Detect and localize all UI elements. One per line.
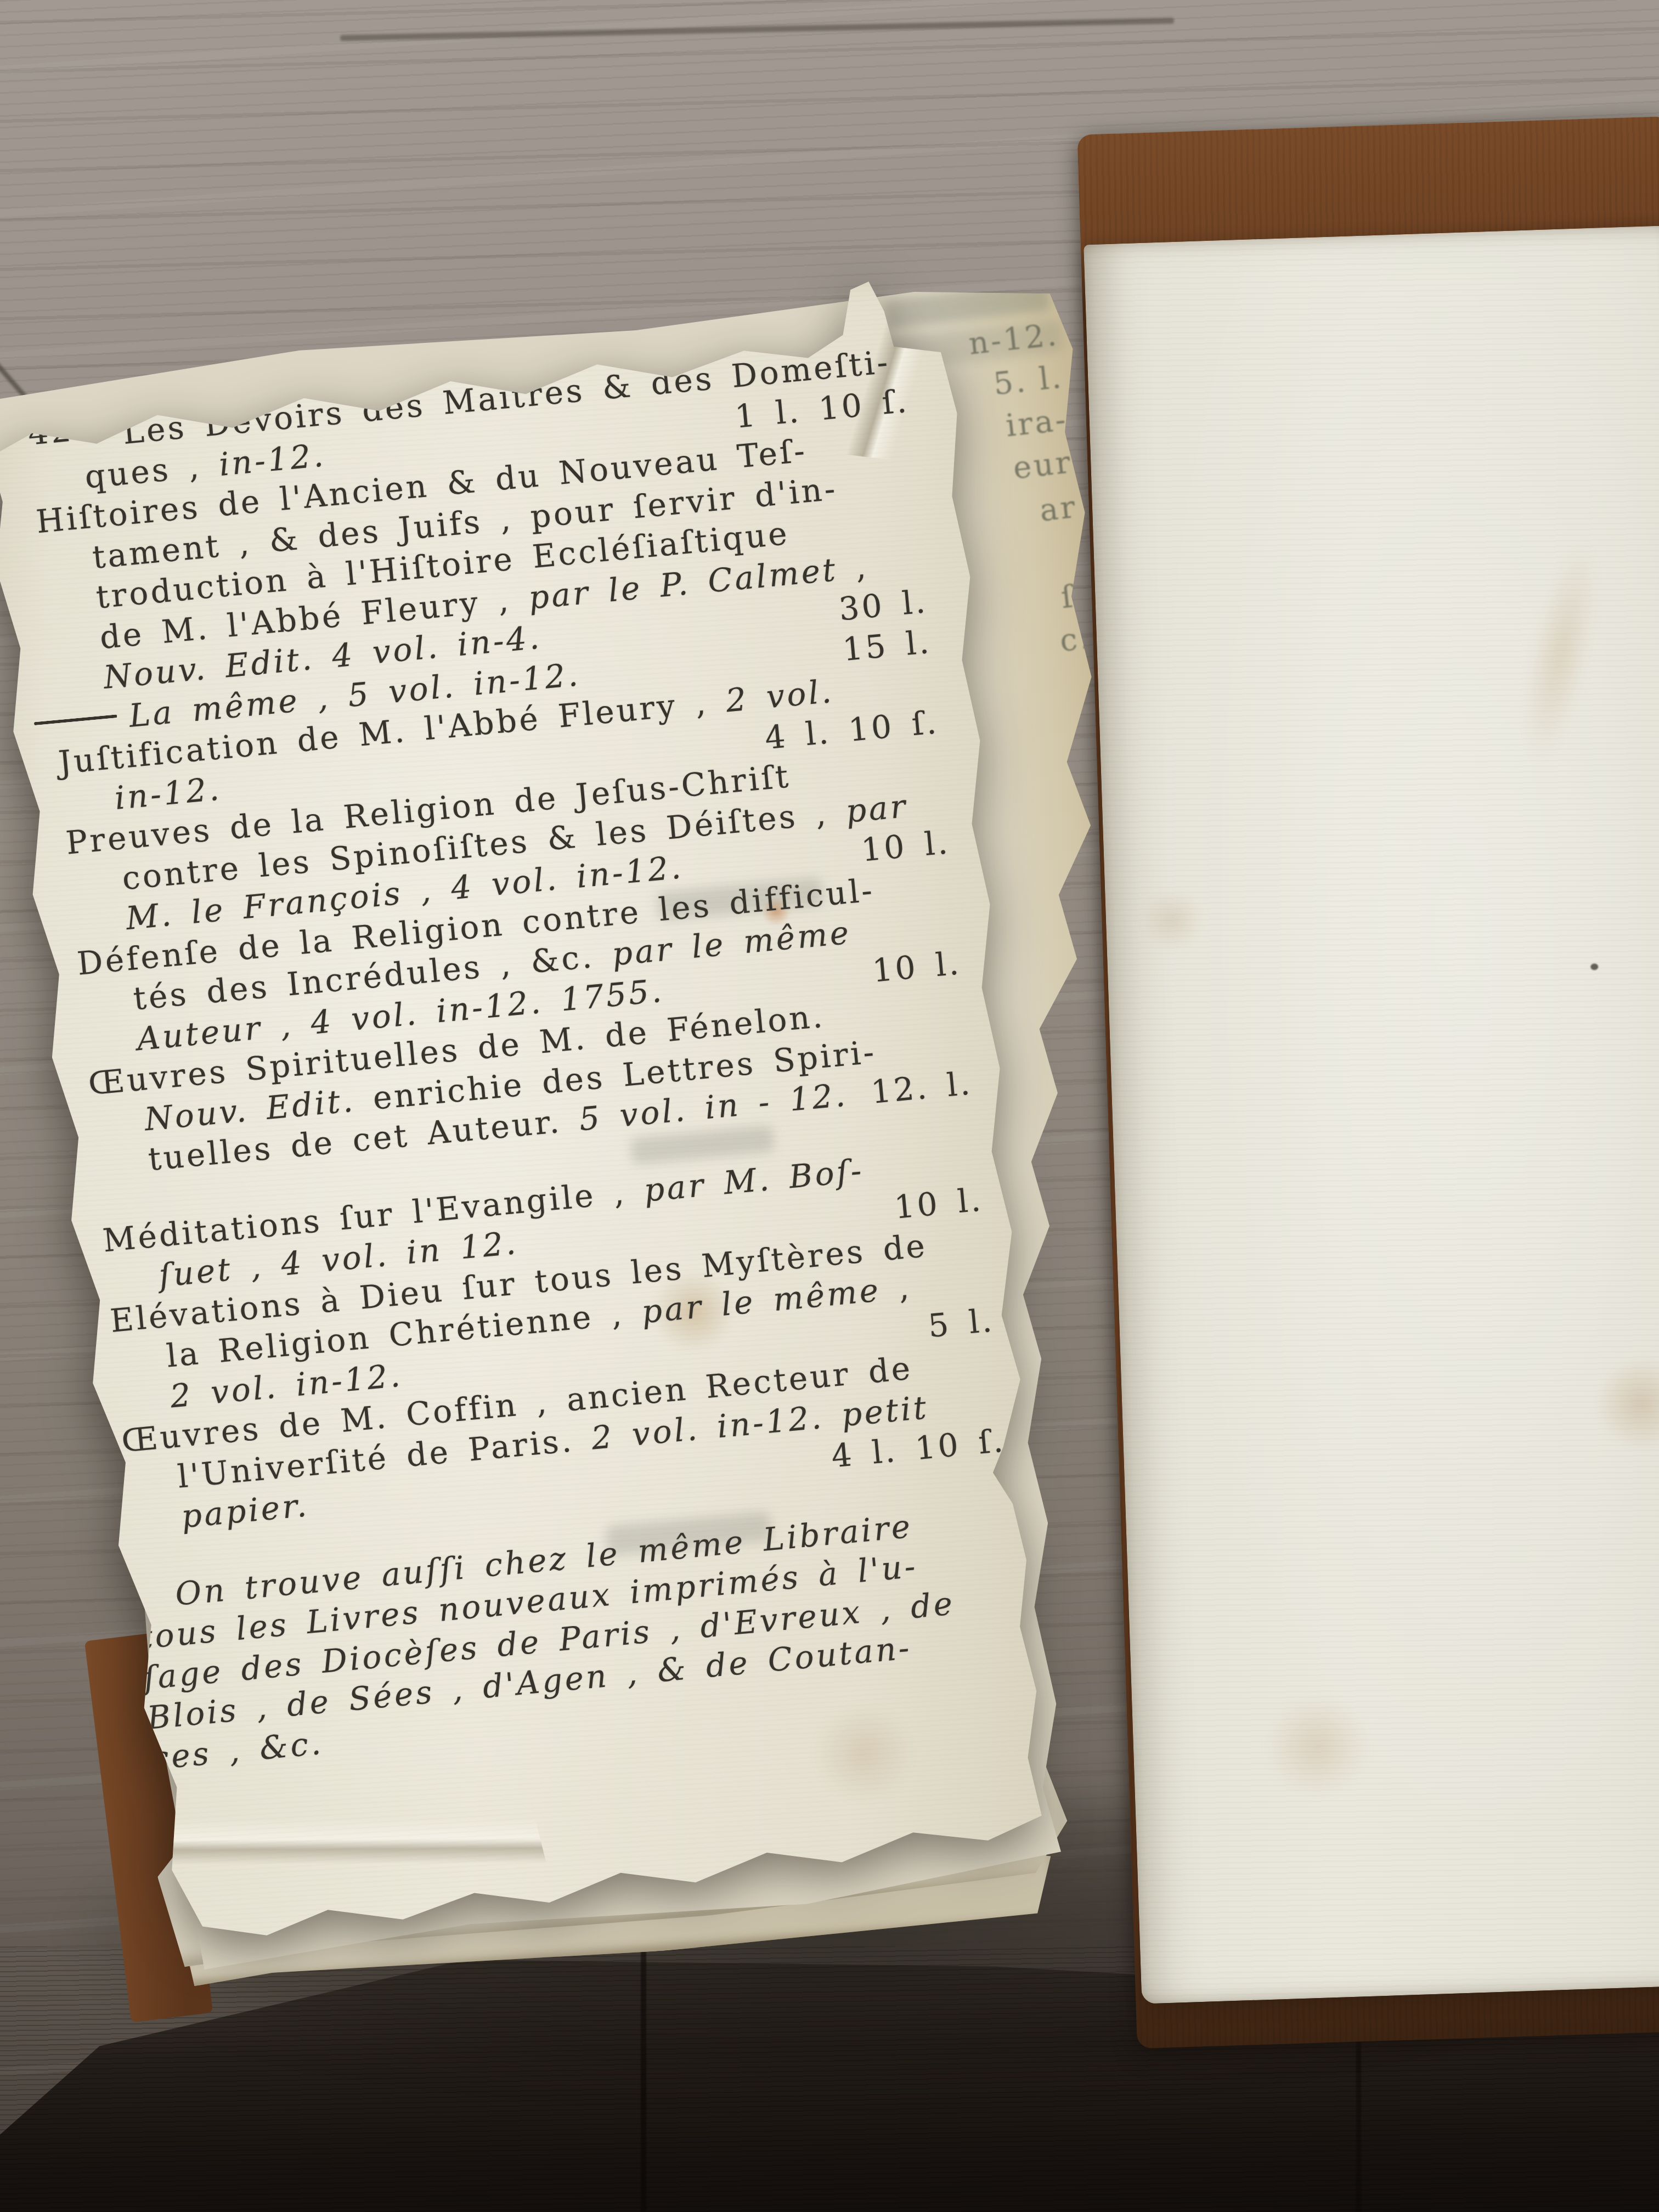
catalog-line: Œuvres Spirituelles de M. de Fénelon.	[87, 983, 967, 1104]
text-segment: in-12.	[217, 436, 327, 483]
text-segment: Œuvres Spirituelles de M. de Fénelon.	[87, 997, 826, 1103]
speck	[1590, 963, 1598, 970]
line-text: tuelles de cet Auteur. 5 vol. in - 12.	[146, 1076, 849, 1178]
text-segment: papier.	[180, 1486, 311, 1535]
price: 12. l.	[870, 1063, 974, 1113]
text-segment: ſage des Diocèſes de Paris , d'Evreux , …	[142, 1584, 956, 1697]
catalog-line: tament , & des Juifs , pour ſervir d'in-	[38, 461, 918, 582]
price: 30 l.	[837, 582, 929, 630]
show-through-smudge	[606, 1511, 772, 1556]
catalog-line: de M. l'Abbé Fleury , par le P. Calmet ,	[46, 541, 926, 663]
catalog-line: Défenſe de la Religion contre les diffic…	[75, 862, 955, 984]
text-segment: Méditations ſur l'Evangile ,	[101, 1172, 646, 1259]
line-text: contre les Spinoſiſtes & les Déiſtes , p…	[121, 787, 910, 897]
catalog-line: tous les Livres nouveaux imprimés à l'u-	[138, 1537, 1018, 1658]
text-segment: in-12.	[113, 770, 223, 817]
text-segment: par	[844, 787, 910, 830]
text-segment: 2 vol.	[724, 672, 835, 719]
catalog-page: 420Les Devoirs des Maîtres & des Domeſti…	[0, 262, 1141, 1993]
catalog-line: ces , &c.	[149, 1657, 1029, 1779]
catalog-line: Œuvres de M. Coffin , ancien Recteur de	[120, 1340, 1000, 1462]
catalog-line: Hiſtoires de l'Ancien & du Nouveau Teſ-	[35, 421, 915, 542]
text-segment: 5 vol. in - 12.	[578, 1076, 849, 1138]
stain	[759, 896, 792, 927]
catalog-line: tuelles de cet Auteur. 5 vol. in - 12. 1…	[94, 1063, 974, 1184]
price: 4 l. 10 ſ.	[763, 702, 940, 759]
catalog-line: Nouv. Edit. enrichie des Lettres Spiri-	[91, 1023, 970, 1144]
catalog-line: On trouve auſſi chez le même Libraire	[134, 1497, 1014, 1618]
line-text: Œuvres de M. Coffin , ancien Recteur de	[120, 1349, 914, 1459]
catalog-line: La même , 5 vol. in-12. 15 l.	[53, 622, 933, 743]
text-segment: 2 vol. in-12.	[168, 1356, 404, 1415]
text-segment: ,	[836, 548, 870, 588]
line-text: Œuvres Spirituelles de M. de Fénelon.	[87, 997, 826, 1103]
catalog-line: ſuet , 4 vol. in 12. 10 l.	[105, 1180, 985, 1301]
text-segment: troduction à l'Hiſtoire Eccléſiaſtique	[94, 515, 791, 616]
catalog-line: Elévations à Dieu ſur tous les Myſtères …	[109, 1220, 989, 1341]
line-text: tés des Incrédules , &c. par le même	[132, 913, 853, 1017]
line-text: ſage des Diocèſes de Paris , d'Evreux , …	[142, 1584, 956, 1697]
line-text: tament , & des Juifs , pour ſervir d'in-	[91, 470, 839, 576]
text-segment: enrichie des Lettres Spiri-	[353, 1033, 878, 1119]
catalog-line: l'Univerſité de Paris. 2 vol. in-12. pet…	[123, 1380, 1003, 1502]
text-segment: tuelles de cet Auteur.	[146, 1101, 581, 1178]
text-segment: Elévations à Dieu ſur tous les Myſtères …	[109, 1227, 929, 1340]
line-text: ſuet , 4 vol. in 12.	[157, 1224, 520, 1294]
line-text: La même , 5 vol. in-12.	[53, 656, 582, 741]
text-segment: Hiſtoires de l'Ancien & du Nouveau Teſ-	[35, 432, 809, 540]
line-text: Elévations à Dieu ſur tous les Myſtères …	[109, 1227, 929, 1340]
book-photo-scene: n-12.5. l.ira-eurarſ.c. 420Les Devoirs d…	[0, 0, 1659, 2212]
price: 10 l.	[893, 1180, 985, 1228]
text-segment: par le P. Calmet	[527, 550, 839, 616]
line-text: tous les Livres nouveaux imprimés à l'u-	[138, 1547, 919, 1656]
line-text: ques , in-12.	[83, 436, 328, 495]
catalog-line: ſage des Diocèſes de Paris , d'Evreux , …	[142, 1577, 1022, 1699]
catalog-line: la Religion Chrétienne , par le même ,	[112, 1260, 992, 1381]
line-text: troduction à l'Hiſtoire Eccléſiaſtique	[94, 515, 791, 616]
line-text: Juſtification de M. l'Abbé Fleury , 2 vo…	[57, 672, 836, 781]
text-block: 420Les Devoirs des Maîtres & des Domeſti…	[27, 341, 1029, 1779]
catalog-line: papier. 4 l. 10 ſ.	[127, 1420, 1007, 1542]
price: 10 l.	[860, 822, 952, 871]
catalog-line: troduction à l'Hiſtoire Eccléſiaſtique	[42, 501, 922, 623]
text-segment: Nouv. Edit. 4 vol. in-4.	[102, 618, 543, 696]
line-text: 420Les Devoirs des Maîtres & des Domeſti…	[27, 343, 891, 460]
line-text: Nouv. Edit. enrichie des Lettres Spiri-	[143, 1033, 878, 1138]
show-through-smudge	[657, 877, 823, 921]
line-text: Auteur , 4 vol. in-12. 1755.	[136, 972, 665, 1058]
text-segment: de M. l'Abbé Fleury ,	[98, 579, 531, 656]
line-text: Méditations ſur l'Evangile , par M. Boſ-	[101, 1152, 865, 1259]
line-text: la Religion Chrétienne , par le même ,	[165, 1268, 913, 1375]
stain	[1507, 533, 1615, 771]
text-segment: la Religion Chrétienne ,	[165, 1294, 643, 1375]
text-segment: M. le François , 4 vol. in-12.	[124, 848, 685, 937]
catalog-line: Méditations ſur l'Evangile , par M. Boſ-	[101, 1139, 981, 1261]
text-segment: tés des Incrédules , &c.	[132, 936, 614, 1018]
text-segment: Preuves de la Religion de Jeſus-Chriſt	[64, 757, 792, 861]
stain	[804, 1702, 922, 1805]
line-text: Hiſtoires de l'Ancien & du Nouveau Teſ-	[35, 432, 809, 540]
text-segment: Auteur , 4 vol. in-12. 1755.	[136, 972, 665, 1058]
text-segment: On trouve auſſi chez le même Libraire	[174, 1507, 915, 1612]
catalog-line: Preuves de la Religion de Jeſus-Chriſt	[64, 742, 944, 864]
text-segment: 2 vol. in-12. petit	[590, 1389, 930, 1457]
line-text: M. le François , 4 vol. in-12.	[124, 848, 685, 937]
text-segment: par le même	[640, 1271, 883, 1330]
paper-crease	[105, 1718, 548, 1970]
line-text: in-12.	[113, 770, 223, 817]
catalog-line: Juſtification de M. l'Abbé Fleury , 2 vo…	[57, 662, 937, 783]
text-segment: Œuvres de M. Coffin , ancien Recteur de	[120, 1349, 914, 1459]
text-segment: La même , 5 vol. in-12.	[127, 656, 582, 735]
price: 15 l.	[841, 622, 933, 670]
text-segment: ,	[879, 1268, 913, 1308]
line-text: de M. l'Abbé Fleury , par le P. Calmet ,	[98, 548, 870, 656]
text-segment: tament , & des Juifs , pour ſervir d'in-	[91, 470, 839, 576]
stain	[643, 1266, 743, 1357]
catalog-line: ques , in-12. 1 l. 10 ſ.	[31, 381, 911, 502]
catalog-line: Blois , de Sées , d'Agen , & de Coutan-	[145, 1617, 1025, 1739]
line-text: l'Univerſité de Paris. 2 vol. in-12. pet…	[176, 1389, 930, 1496]
show-through-smudge	[630, 1125, 775, 1165]
price: 5 l.	[927, 1300, 996, 1346]
catalog-line: tés des Incrédules , &c. par le même	[79, 902, 959, 1024]
text-segment: Blois , de Sées , d'Agen , & de Coutan-	[145, 1629, 913, 1737]
page-number: 420	[26, 408, 98, 455]
text-segment: Les Devoirs des Maîtres & des Domeſti-	[121, 343, 891, 451]
text-segment: par le même	[610, 913, 853, 973]
text-segment: contre les Spinoſiſtes & les Déiſtes ,	[121, 793, 848, 897]
text-segment: par M. Boſ-	[642, 1152, 866, 1209]
price: 1 l. 10 ſ.	[733, 381, 911, 437]
text-segment: Nouv. Edit.	[143, 1081, 357, 1138]
text-segment: ſuet , 4 vol. in 12.	[157, 1224, 520, 1294]
paper-crease	[795, 307, 975, 468]
text-segment: l'Univerſité de Paris.	[176, 1420, 594, 1496]
text-segment: tous les Livres nouveaux imprimés à l'u-	[138, 1547, 919, 1656]
ditto-dash	[34, 715, 117, 726]
stain	[1258, 1695, 1376, 1798]
line-text: On trouve auſſi chez le même Libraire	[174, 1507, 915, 1612]
right-blank-page	[1084, 225, 1659, 2004]
stain	[1138, 889, 1206, 951]
line-text: Nouv. Edit. 4 vol. in-4.	[102, 618, 543, 696]
price: 4 l. 10 ſ.	[830, 1420, 1007, 1477]
catalog-line: M. le François , 4 vol. in-12. 10 l.	[72, 822, 952, 944]
line-text: 2 vol. in-12.	[168, 1356, 404, 1415]
catalog-line: in-12. 4 l. 10 ſ.	[60, 702, 940, 823]
line-text: Défenſe de la Religion contre les diffic…	[76, 871, 876, 983]
line-text: ces , &c.	[149, 1724, 325, 1777]
catalog-line: contre les Spinoſiſtes & les Déiſtes , p…	[68, 782, 948, 904]
stain	[1587, 1356, 1659, 1452]
catalog-line: 420Les Devoirs des Maîtres & des Domeſti…	[27, 341, 907, 462]
top-page-wrapper: 420Les Devoirs des Maîtres & des Domeſti…	[14, 307, 1068, 1948]
text-segment: Défenſe de la Religion contre les diffic…	[76, 871, 876, 983]
line-text: papier.	[180, 1486, 311, 1535]
catalog-line: Nouv. Edit. 4 vol. in-4. 30 l.	[49, 582, 929, 703]
line-text: Preuves de la Religion de Jeſus-Chriſt	[64, 757, 792, 861]
text-segment: ques ,	[83, 446, 221, 495]
price: 10 l.	[871, 943, 963, 991]
line-text: Blois , de Sées , d'Agen , & de Coutan-	[145, 1629, 913, 1737]
text-segment: ces , &c.	[149, 1724, 325, 1777]
catalog-line: Auteur , 4 vol. in-12. 1755. 10 l.	[83, 943, 963, 1064]
catalog-line: 2 vol. in-12. 5 l.	[116, 1300, 996, 1421]
text-segment: Juſtification de M. l'Abbé Fleury ,	[57, 682, 727, 782]
